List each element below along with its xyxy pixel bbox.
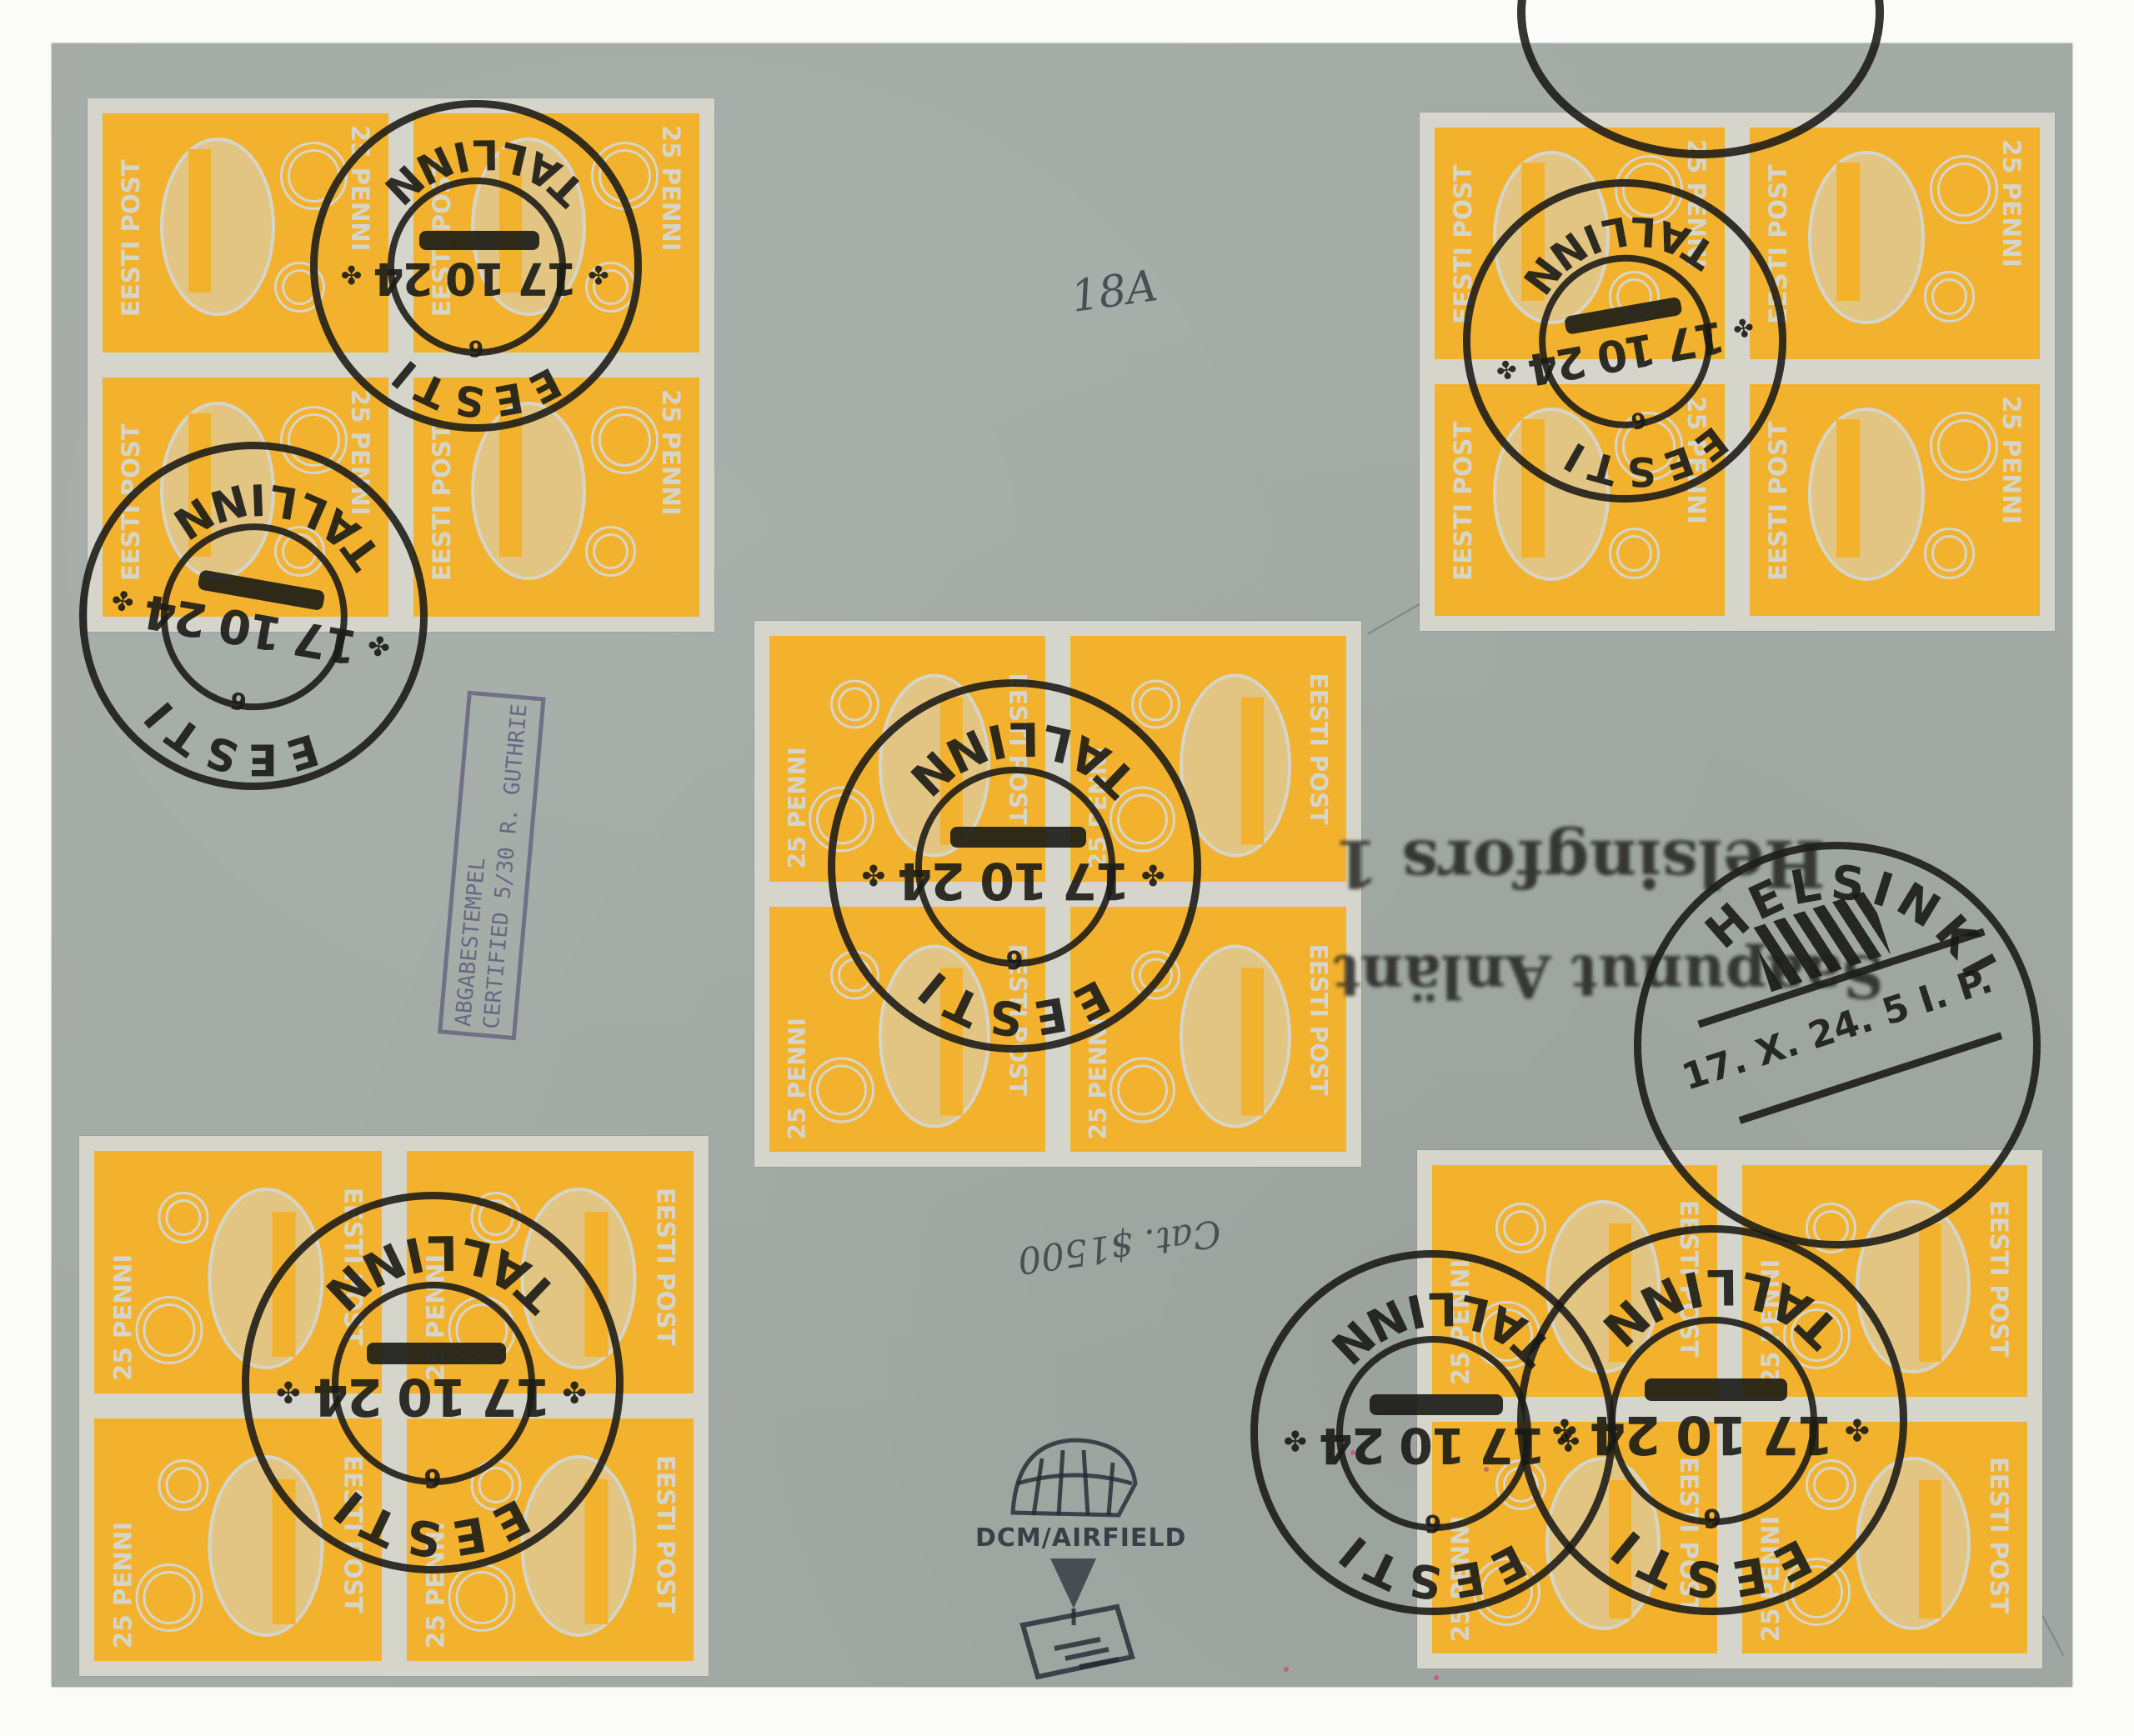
stamp-spiral-ornament bbox=[1924, 528, 1976, 579]
svg-text:TALLINN: TALLINN bbox=[1500, 191, 1730, 313]
tallinn-cancel: EESTITALLINN17 10 246✤✤ bbox=[52, 414, 455, 818]
stamp-denomination-text: 25 PENNI bbox=[784, 1018, 811, 1139]
cross-ornament-icon: ✤ bbox=[1552, 1413, 1577, 1447]
tallinn-sub-number: 6 bbox=[1525, 1503, 1900, 1533]
svg-text:TALLINN: TALLINN bbox=[371, 130, 594, 218]
ink-speck bbox=[1434, 1675, 1439, 1680]
stamp-denomination-text: 25 PENNI bbox=[657, 389, 685, 516]
tallinn-date: 17 10 24 bbox=[249, 1367, 616, 1427]
ink-speck bbox=[1350, 1450, 1355, 1455]
stamp-denomination-text: 25 PENNI bbox=[1997, 139, 2026, 268]
tallinn-sub-number: 6 bbox=[835, 944, 1194, 973]
cross-ornament-icon: ✤ bbox=[341, 259, 362, 288]
stamp-25-penni: EESTI POST25 PENNI bbox=[1750, 128, 2040, 359]
svg-text:TALLINN: TALLINN bbox=[894, 711, 1146, 810]
stamp-country-text: EESTI POST bbox=[1449, 422, 1477, 582]
stamp-tower bbox=[1836, 419, 1860, 558]
stamp-oval-vignette bbox=[1808, 151, 1925, 324]
ink-speck bbox=[1284, 1667, 1289, 1672]
stamp-country-text: EESTI POST bbox=[1985, 1457, 2013, 1613]
cross-ornament-icon: ✤ bbox=[562, 1374, 586, 1408]
stamp-denomination-text: 25 PENNI bbox=[784, 747, 811, 868]
parachute-icon bbox=[942, 1433, 1192, 1700]
stamp-oval-vignette bbox=[1180, 944, 1291, 1128]
svg-text:TALLINN: TALLINN bbox=[153, 455, 400, 587]
tallinn-date: 17 10 24 bbox=[835, 851, 1194, 909]
stamp-spiral-ornament bbox=[448, 1563, 516, 1632]
stamp-oval-vignette bbox=[160, 138, 275, 317]
stamp-oval-vignette bbox=[1808, 408, 1925, 581]
cross-ornament-icon: ✤ bbox=[861, 858, 885, 891]
stamp-denomination-text: 25 PENNI bbox=[657, 125, 685, 252]
stamp-denomination-text: 25 PENNI bbox=[108, 1522, 137, 1648]
stamp-tower bbox=[499, 413, 522, 557]
stamp-denomination-text: 25 PENNI bbox=[108, 1254, 137, 1381]
cachet-label: DCM/AIRFIELD bbox=[975, 1523, 1186, 1553]
cross-ornament-icon: ✤ bbox=[1284, 1424, 1307, 1457]
stamp-denomination-text: 25 PENNI bbox=[1997, 396, 2026, 524]
tallinn-bar bbox=[419, 231, 539, 250]
stamp-spiral-ornament bbox=[585, 526, 636, 577]
stamp-spiral-ornament bbox=[809, 1057, 874, 1123]
helsinki-cancel: HELSINKI 17. X. 24. 5 I. P. bbox=[1634, 842, 2041, 1248]
svg-text:TALLINN: TALLINN bbox=[1586, 1258, 1851, 1363]
tallinn-bar bbox=[367, 1343, 506, 1364]
stamp-tower bbox=[188, 149, 211, 293]
ink-speck bbox=[1484, 1467, 1489, 1472]
stamp-tower bbox=[1241, 698, 1263, 845]
stamp-spiral-ornament bbox=[158, 1192, 209, 1243]
stamp-tower bbox=[1836, 163, 1860, 302]
stamp-spiral-ornament bbox=[1110, 1057, 1175, 1123]
stamp-country-text: EESTI POST bbox=[651, 1455, 679, 1613]
tallinn-cancel: EESTITALLINN17 10 246✤✤ bbox=[242, 1192, 624, 1573]
stamp-tower bbox=[1241, 968, 1263, 1115]
stamp-country-text: EESTI POST bbox=[117, 159, 145, 317]
tallinn-bar bbox=[1645, 1379, 1787, 1402]
cross-ornament-icon: ✤ bbox=[1141, 858, 1165, 891]
tallinn-sub-number: 6 bbox=[318, 335, 634, 361]
stamp-country-text: EESTI POST bbox=[1305, 673, 1332, 824]
stamp-spiral-ornament bbox=[135, 1563, 203, 1632]
stamp-spiral-ornament bbox=[1930, 412, 1999, 481]
stamp-country-text: EESTI POST bbox=[1305, 943, 1332, 1095]
stamp-country-text: EESTI POST bbox=[651, 1188, 679, 1345]
stamp-spiral-ornament bbox=[1924, 271, 1976, 323]
tallinn-cancel: EESTITALLINN17 10 246✤✤ bbox=[1517, 1225, 1907, 1615]
cross-ornament-icon: ✤ bbox=[276, 1374, 300, 1408]
cross-ornament-icon: ✤ bbox=[1845, 1413, 1870, 1447]
stamp-spiral-ornament bbox=[135, 1296, 203, 1364]
tallinn-cancel: EESTITALLINN17 10 246✤✤ bbox=[828, 679, 1201, 1053]
stamp-spiral-ornament bbox=[1609, 528, 1661, 579]
tallinn-cancel: EESTITALLINN17 10 246✤✤ bbox=[310, 100, 642, 432]
tallinn-date: 17 10 24 bbox=[1525, 1404, 1900, 1465]
tallinn-bar bbox=[1370, 1394, 1503, 1415]
stamp-spiral-ornament bbox=[1930, 155, 1999, 224]
stamp-spiral-ornament bbox=[158, 1459, 209, 1510]
tallinn-cancel: EESTITALLINN17 10 246✤✤ bbox=[1437, 153, 1811, 528]
cross-ornament-icon: ✤ bbox=[588, 259, 609, 288]
stamp-tower bbox=[1919, 1223, 1941, 1363]
linear-arrival-handstamp: Helsingfors 1 bbox=[1334, 825, 1826, 901]
stamp-tower bbox=[1919, 1480, 1941, 1619]
tallinn-bar bbox=[950, 827, 1086, 848]
tallinn-date: 17 10 24 bbox=[318, 253, 634, 304]
tallinn-sub-number: 6 bbox=[249, 1463, 616, 1493]
parachute-cachet: DCM/AIRFIELD bbox=[942, 1433, 1192, 1700]
linear-arrival-handstamp: Saapunut Anlänt bbox=[1334, 942, 1884, 1011]
svg-text:TALLINN: TALLINN bbox=[309, 1224, 568, 1326]
